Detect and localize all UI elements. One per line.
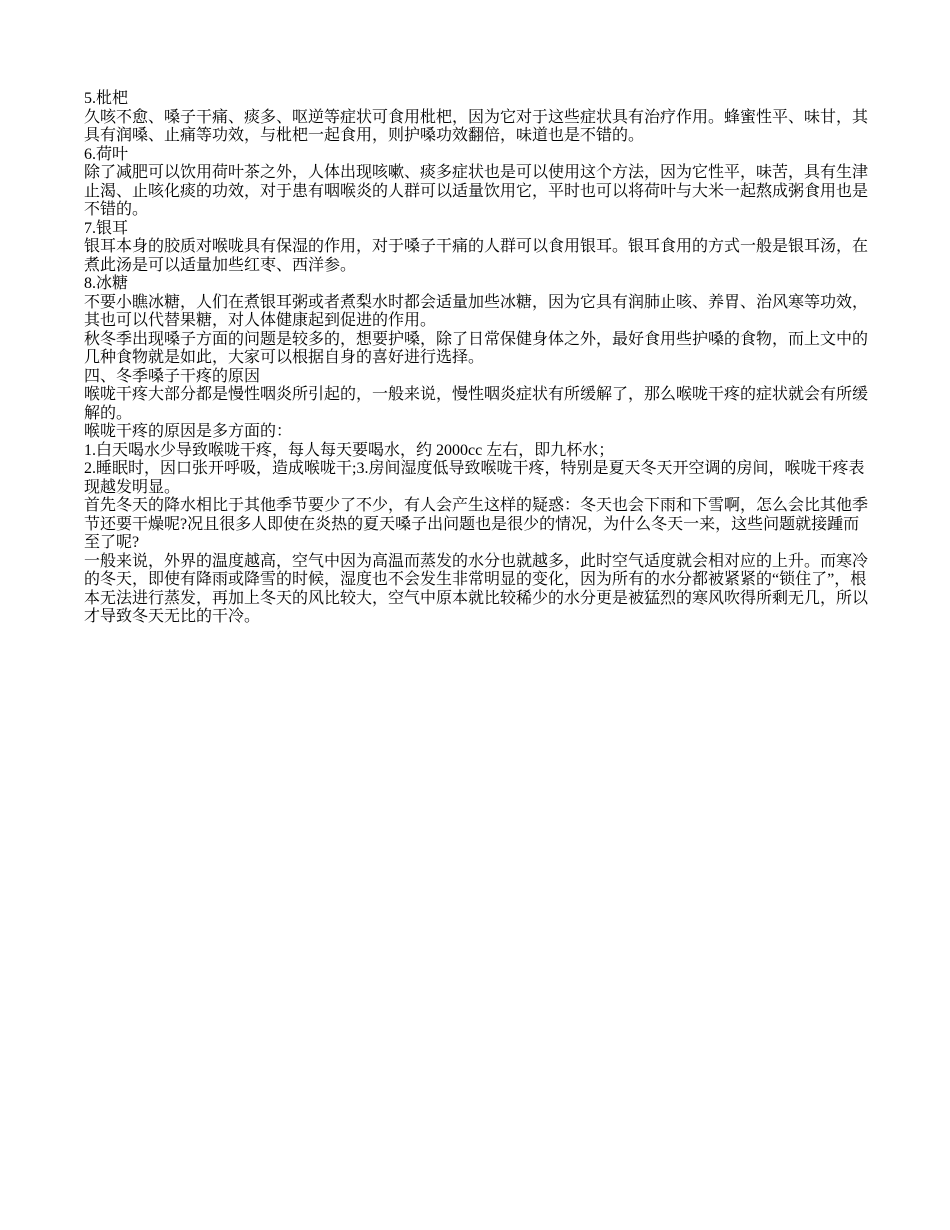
document-page: 5.枇杷 久咳不愈、嗓子干痛、痰多、呕逆等症状可食用枇杷，因为它对于这些症状具有… bbox=[0, 0, 950, 1230]
paragraph: 久咳不愈、嗓子干痛、痰多、呕逆等症状可食用枇杷，因为它对于这些症状具有治疗作用。… bbox=[84, 109, 870, 146]
list-item: 1.白天喝水少导致喉咙干疼，每人每天要喝水，约 2000cc 左右，即九杯水； bbox=[84, 442, 870, 461]
paragraph: 首先冬天的降水相比于其他季节要少了不少，有人会产生这样的疑惑：冬天也会下雨和下雪… bbox=[84, 497, 870, 553]
paragraph: 银耳本身的胶质对喉咙具有保湿的作用，对于嗓子干痛的人群可以食用银耳。银耳食用的方… bbox=[84, 238, 870, 275]
section-heading: 四、冬季嗓子干疼的原因 bbox=[84, 368, 870, 387]
paragraph: 秋冬季出现嗓子方面的问题是较多的，想要护嗓，除了日常保健身体之外，最好食用些护嗓… bbox=[84, 331, 870, 368]
paragraph: 除了减肥可以饮用荷叶茶之外，人体出现咳嗽、痰多症状也是可以使用这个方法，因为它性… bbox=[84, 164, 870, 220]
section-heading: 6.荷叶 bbox=[84, 146, 870, 165]
section-heading: 5.枇杷 bbox=[84, 90, 870, 109]
document-body: 5.枇杷 久咳不愈、嗓子干痛、痰多、呕逆等症状可食用枇杷，因为它对于这些症状具有… bbox=[84, 90, 870, 627]
paragraph: 喉咙干疼的原因是多方面的： bbox=[84, 423, 870, 442]
paragraph: 喉咙干疼大部分都是慢性咽炎所引起的，一般来说，慢性咽炎症状有所缓解了，那么喉咙干… bbox=[84, 386, 870, 423]
list-item: 2.睡眠时，因口张开呼吸，造成喉咙干;3.房间湿度低导致喉咙干疼，特别是夏天冬天… bbox=[84, 460, 870, 497]
section-heading: 7.银耳 bbox=[84, 220, 870, 239]
paragraph: 一般来说，外界的温度越高，空气中因为高温而蒸发的水分也就越多，此时空气适度就会相… bbox=[84, 553, 870, 627]
section-heading: 8.冰糖 bbox=[84, 275, 870, 294]
paragraph: 不要小瞧冰糖，人们在煮银耳粥或者煮梨水时都会适量加些冰糖，因为它具有润肺止咳、养… bbox=[84, 294, 870, 331]
